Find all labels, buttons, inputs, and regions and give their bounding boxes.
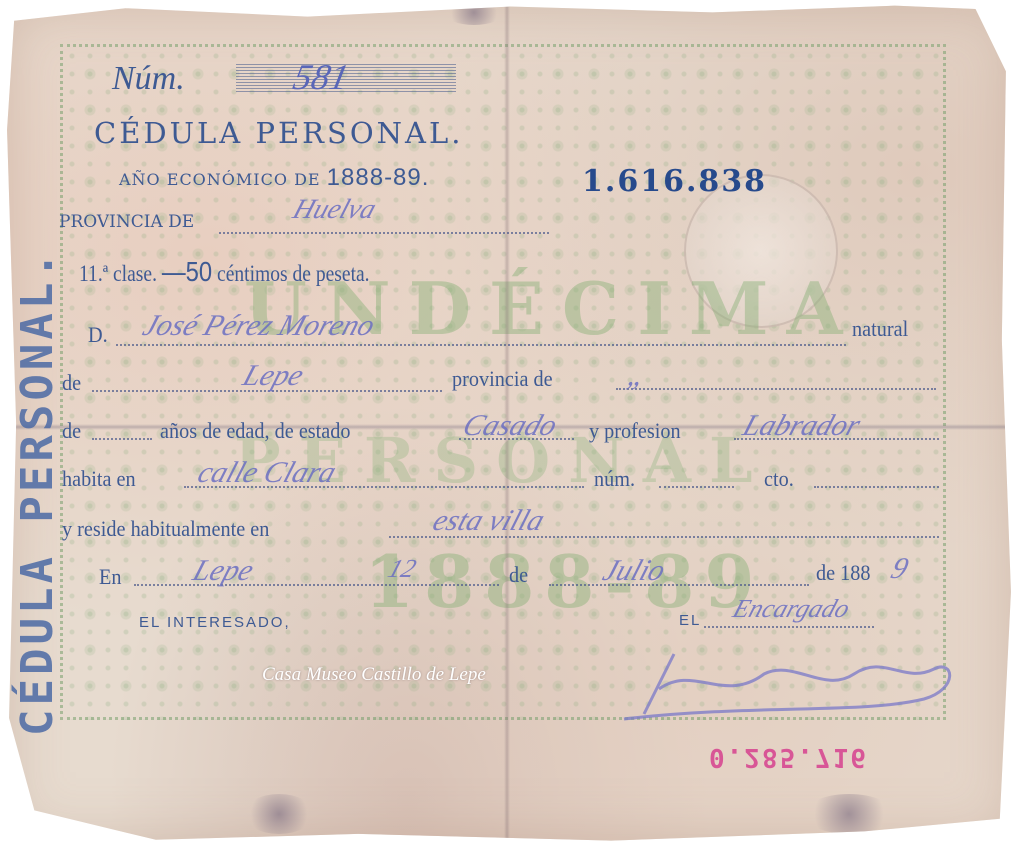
cto-line [814, 486, 939, 488]
official-label: EL [679, 612, 701, 629]
num-field-line [659, 486, 734, 488]
reside-handwritten: esta villa [428, 504, 548, 538]
clase-line: 11.ª clase. —50 céntimos de peseta. [79, 256, 370, 288]
provincia-handwritten: Huelva [289, 194, 380, 226]
document-title: CÉDULA PERSONAL. [94, 116, 463, 150]
en-label: En [99, 564, 121, 590]
d-handwritten: José Pérez Moreno [138, 309, 378, 343]
age-prefix: de [62, 418, 81, 444]
ink-stain [804, 794, 894, 834]
reside-label: y reside habitualmente en [62, 516, 269, 542]
habita-label: habita en [62, 466, 136, 492]
side-label: CÉDULA PERSONAL. [12, 248, 63, 736]
provincia-label: PROVINCIA DE [59, 212, 194, 232]
month-line [549, 584, 809, 586]
fiscal-year-prefix: AÑO ECONÓMICO DE [119, 170, 321, 189]
year-label: de 188 [816, 560, 871, 586]
en-handwritten: Lepe [188, 554, 257, 588]
cto-label: cto. [764, 466, 794, 492]
estado-handwritten: Casado [458, 409, 561, 443]
d-label: D. [88, 322, 108, 348]
clase-price: —50 [162, 256, 212, 287]
fiscal-year-line: AÑO ECONÓMICO DE 1888-89. [119, 164, 429, 192]
cedula-personal-document: UNDÉCIMA PERSONAL 1888-89 CÉDULA PERSONA… [4, 4, 1016, 844]
provincia-line [219, 232, 549, 234]
pink-stamp-number: 0.285.716 [709, 742, 868, 772]
provincia-field-label: provincia de [452, 366, 553, 392]
age-line [92, 438, 152, 440]
clase-prefix: 11.ª clase. [79, 261, 157, 286]
habita-handwritten: calle Clara [193, 456, 340, 490]
provincia-field-line [616, 388, 936, 390]
natural-label: natural [852, 316, 908, 342]
num-field-label: núm. [594, 466, 635, 492]
ink-stain [444, 0, 504, 25]
official-handwritten: Encargado [729, 594, 853, 624]
de-mid-label: de [509, 562, 528, 588]
number-value: 581 [290, 56, 353, 98]
profesion-label: y profesion [589, 418, 681, 444]
official-line [704, 626, 874, 628]
official-signature [604, 634, 964, 724]
watermark-year: 1888-89 [364, 539, 764, 624]
museum-credit: Casa Museo Castillo de Lepe [262, 664, 486, 686]
month-handwritten: Julio [598, 554, 669, 588]
clase-suffix: céntimos de peseta. [217, 261, 370, 286]
serial-number: 1.616.838 [582, 164, 767, 199]
de-label: de [62, 370, 81, 396]
de-handwritten: Lepe [238, 359, 307, 393]
age-label: años de edad, de estado [160, 418, 351, 444]
interesado-label: EL INTERESADO, [139, 614, 291, 631]
profesion-handwritten: Labrador [738, 409, 864, 443]
fiscal-year: 1888-89. [327, 164, 430, 191]
ink-stain [244, 794, 314, 834]
number-label: Núm. [112, 60, 185, 98]
d-line [116, 344, 846, 346]
